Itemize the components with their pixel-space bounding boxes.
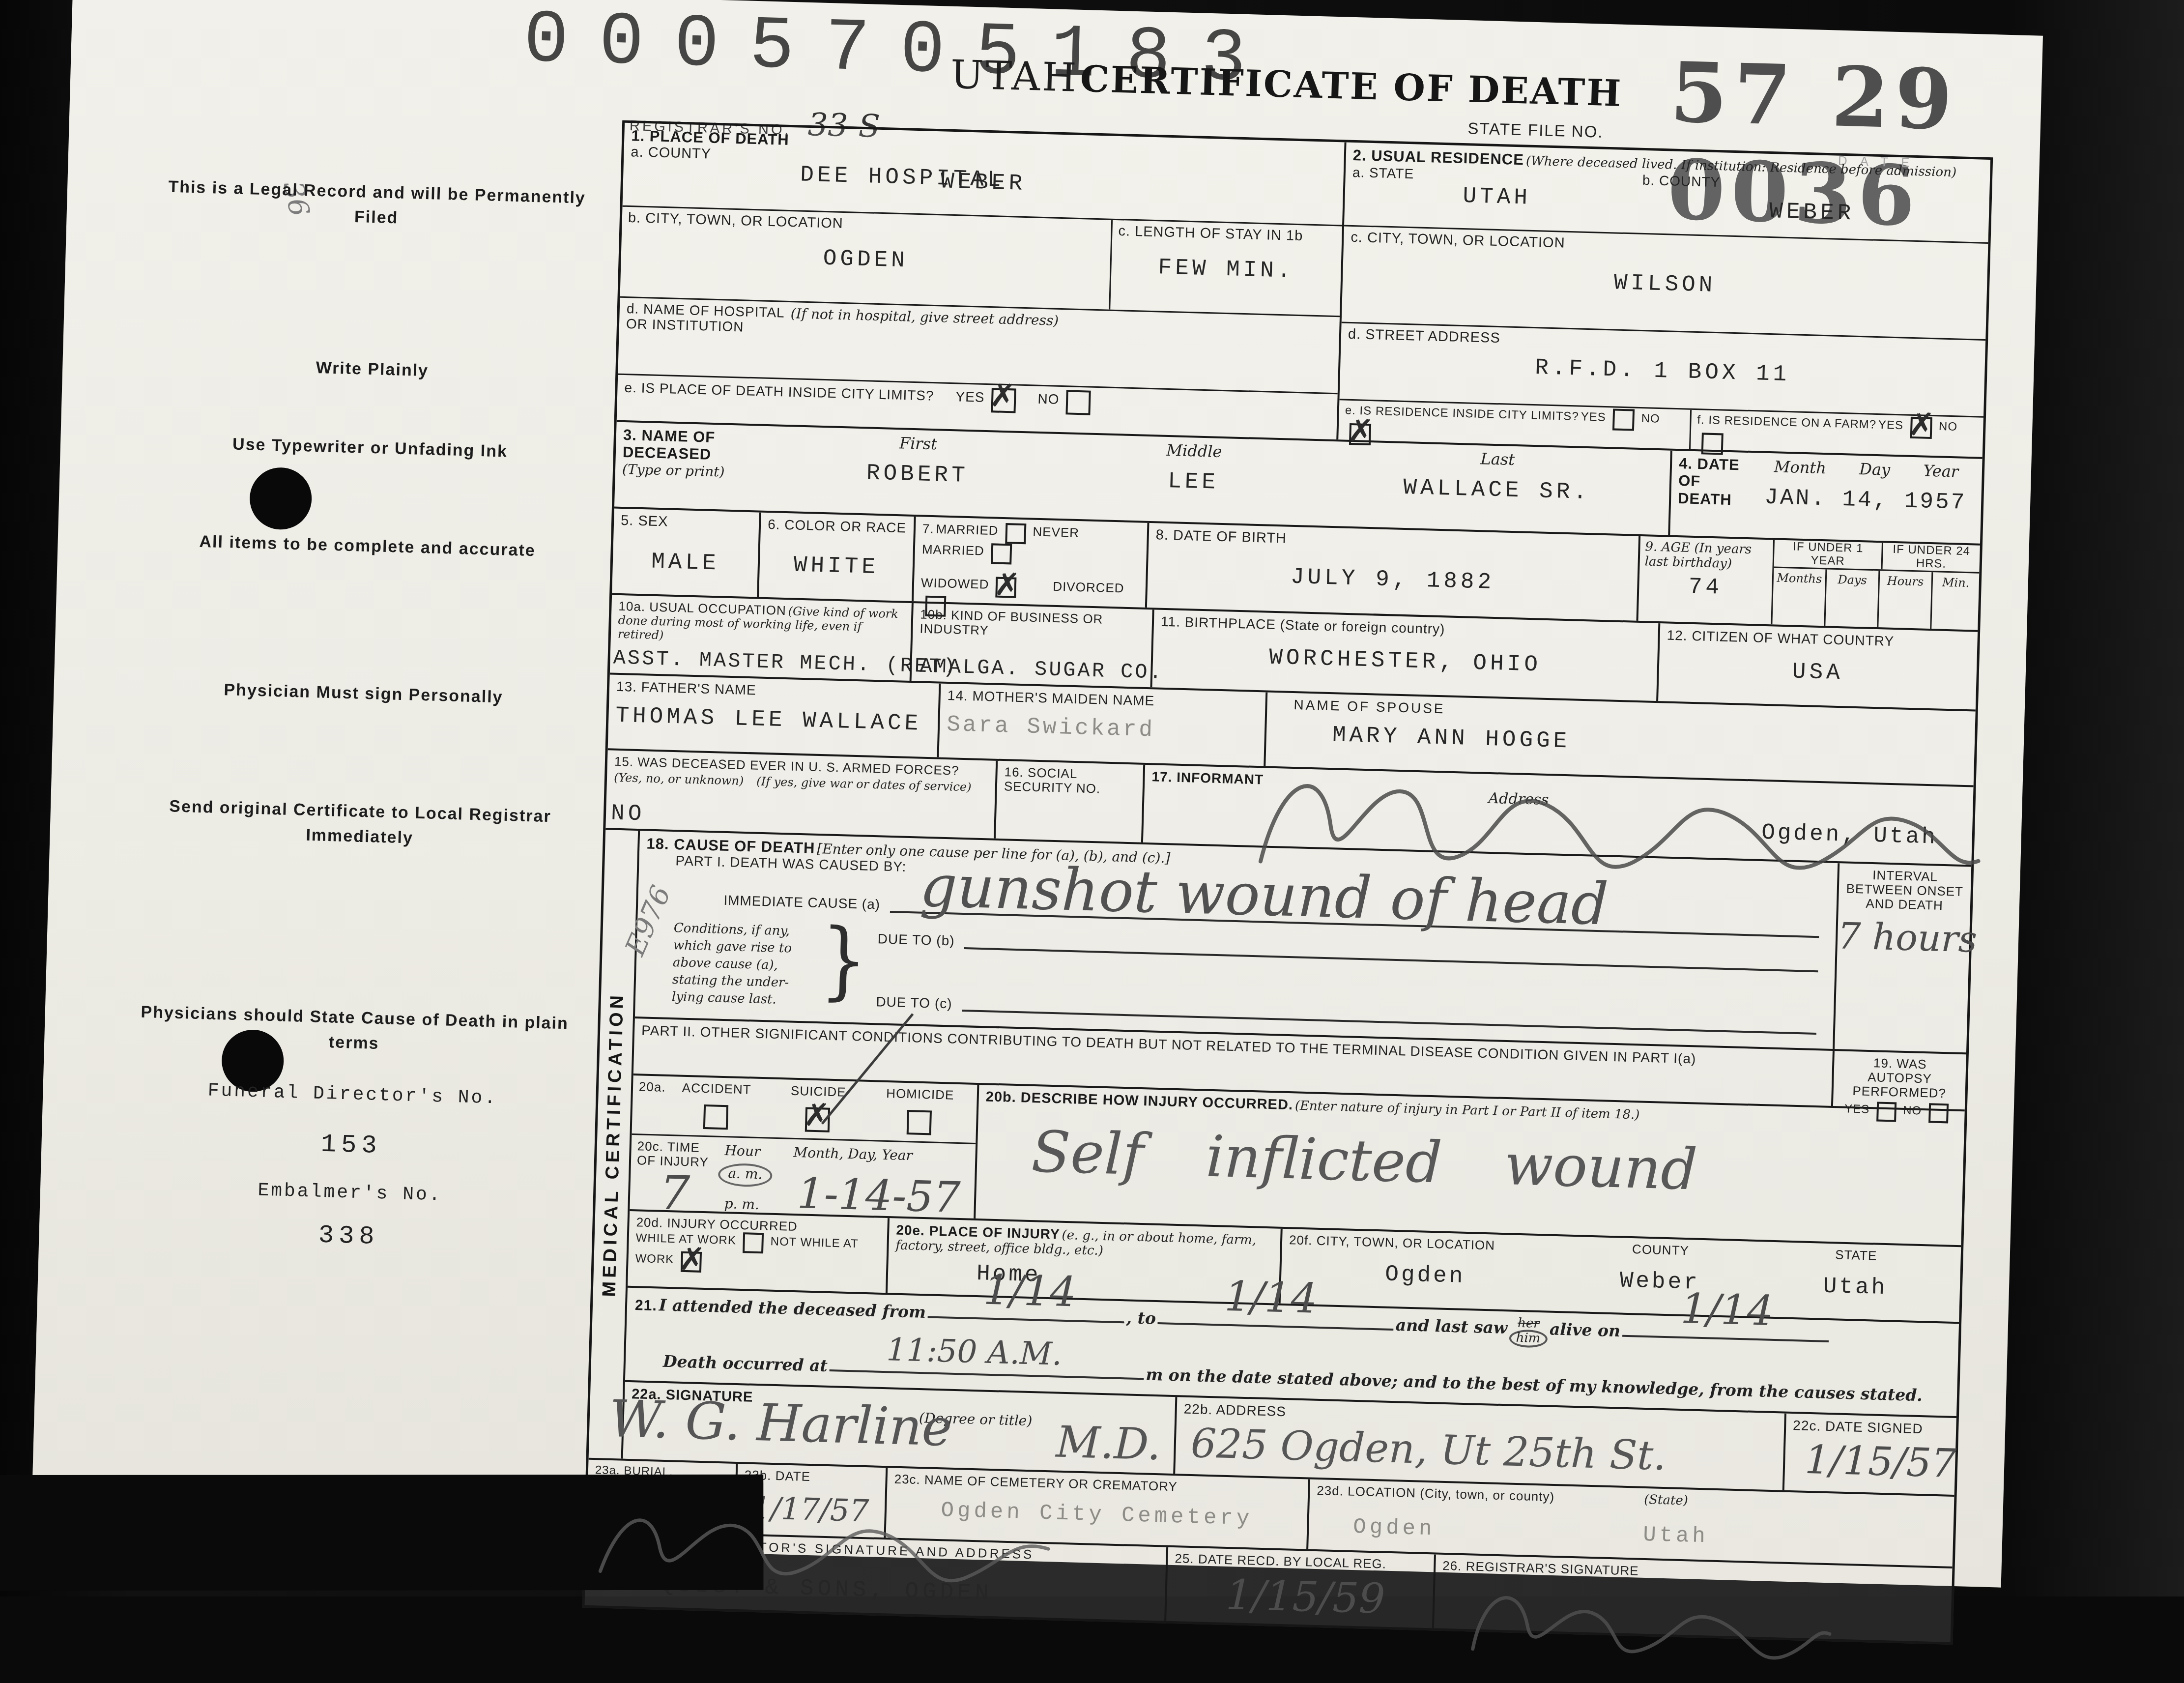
- am-label: a. m.: [728, 1165, 763, 1182]
- business-value: AMALGA. SUGAR CO.: [920, 654, 1164, 684]
- death-time-blank: 11:50 A.M.: [829, 1364, 1144, 1380]
- city-of-death-label: b. CITY, TOWN, OR LOCATION: [628, 210, 843, 232]
- divorced-label: DIVORCED: [1053, 579, 1124, 595]
- name-label-3: (Type or print): [622, 461, 725, 480]
- birthplace-value: WORCHESTER, OHIO: [1160, 642, 1651, 681]
- name-last-block: Last WALLACE SR.: [1330, 445, 1664, 531]
- medical-certification-label: MEDICAL CERTIFICATION: [599, 991, 628, 1297]
- due-to-b-line: [964, 932, 1818, 972]
- field-city-of-death: b. CITY, TOWN, OR LOCATION OGDEN: [620, 207, 1112, 310]
- registrar-signature: [1463, 1570, 1839, 1596]
- margin-note-typewriter: Use Typewriter or Unfading Ink: [142, 429, 599, 466]
- attended-to-blank: 1/14: [1158, 1317, 1394, 1331]
- state-file-no-label: STATE FILE NO.: [1467, 119, 1604, 141]
- manner-number: 20a.: [638, 1079, 666, 1130]
- hospital-note: (If not in hospital, give street address…: [790, 305, 1059, 329]
- last-name-label: Last: [1480, 449, 1515, 469]
- due-to-c-label: DUE TO (c): [876, 994, 952, 1012]
- date-of-birth-label: 8. DATE OF BIRTH: [1155, 527, 1287, 546]
- age-value: 74: [1644, 573, 1767, 602]
- widowed-label: WIDOWED: [921, 575, 989, 592]
- first-name-value: ROBERT: [866, 460, 969, 489]
- residence-farm-label: f. IS RESIDENCE ON A FARM?: [1697, 413, 1876, 432]
- residence-county-value: WEBER: [1641, 195, 1983, 230]
- residence-county-label: b. COUNTY: [1642, 173, 1720, 190]
- residence-farm-no-label: NO: [1939, 420, 1958, 434]
- attended-line: 21. I attended the deceased from 1/14 , …: [634, 1293, 1951, 1359]
- field-marital-status: 7. MARRIED NEVER MARRIED WIDOWED ✗ DIVOR…: [912, 517, 1147, 608]
- embalmers-no-value: 338: [120, 1216, 577, 1257]
- margin-note-plain-terms: Physicians should State Cause of Death i…: [125, 999, 583, 1062]
- father-name-value: THOMAS LEE WALLACE: [615, 703, 931, 737]
- field-manner-block: 20a. ACCIDENT SUICIDE ✗ HOM: [630, 1075, 977, 1219]
- funeral-directors-no-label: Funeral Director's No.: [124, 1078, 581, 1111]
- marital-number: 7.: [922, 521, 934, 536]
- field-occupation: 10a. USUAL OCCUPATION (Give kind of work…: [610, 595, 912, 680]
- mdy-label: Month, Day, Year: [793, 1144, 913, 1164]
- homicide-checkbox: [907, 1110, 932, 1135]
- usual-residence-label: 2. USUAL RESIDENCE: [1352, 146, 1524, 168]
- date-received-label: 25. DATE RECD. BY LOCAL REG.: [1175, 1551, 1386, 1571]
- physician-signature-value: W. G. Harline: [608, 1389, 953, 1458]
- am-circled: a. m.: [718, 1163, 773, 1188]
- min-label: Min.: [1931, 572, 1979, 630]
- citizen-value: USA: [1666, 656, 1970, 690]
- her-word: her: [1509, 1316, 1548, 1330]
- her-him-block: her him: [1509, 1316, 1548, 1348]
- date-received-value: 1/15/59: [1225, 1570, 1385, 1596]
- widowed-checkbox: ✗: [996, 577, 1017, 598]
- death-time-value: 11:50 A.M.: [886, 1332, 1063, 1373]
- cause-title: 18. CAUSE OF DEATH: [646, 835, 815, 857]
- cemetery-city-value: Ogden: [1353, 1515, 1436, 1542]
- not-while-at-work-checkbox: ✗: [681, 1251, 702, 1273]
- margin-note-write-plainly: Write Plainly: [144, 351, 601, 388]
- homicide-label: HOMICIDE: [886, 1086, 954, 1103]
- informant-label: 17. INFORMANT: [1151, 769, 1264, 787]
- injury-city-value: Ogden: [1288, 1259, 1562, 1292]
- injury-date-value: 1-14-57: [797, 1169, 961, 1222]
- medical-certification-content: E976 18. CAUSE OF DEATH [Enter only one …: [623, 831, 1972, 1495]
- not-while-at-work-mark: ✗: [678, 1244, 705, 1276]
- year-label: Year: [1923, 462, 1959, 481]
- hours-label: Hours: [1878, 571, 1933, 629]
- residence-limits-label: e. IS RESIDENCE INSIDE CITY LIMITS?: [1345, 404, 1579, 423]
- while-at-work-checkbox: [743, 1232, 764, 1253]
- residence-state-label: a. STATE: [1352, 165, 1414, 181]
- field-autopsy: 19. WAS AUTOPSY PERFORMED? YES NO: [1831, 1051, 1966, 1109]
- title-state: UTAH: [950, 52, 1079, 101]
- month-label: Month: [1774, 457, 1826, 477]
- armed-forces-note1: (Yes, no, or unknown): [614, 771, 744, 788]
- certificate-title: UTAH CERTIFICATE OF DEATH: [950, 52, 1623, 116]
- injury-state-label: STATE: [1758, 1246, 1954, 1265]
- name-label-2: DECEASED: [623, 443, 712, 463]
- field-length-of-stay: c. LENGTH OF STAY IN 1b FEW MIN.: [1109, 220, 1342, 316]
- conditions-note: Conditions, if any, which gave rise to a…: [672, 920, 822, 1010]
- time-of-injury-label: 20c. TIME OF INJURY: [637, 1139, 712, 1169]
- middle-name-value: LEE: [1168, 468, 1219, 495]
- subrow-city-stay: b. CITY, TOWN, OR LOCATION OGDEN c. LENG…: [620, 205, 1342, 316]
- death-limits-yes-label: YES: [955, 389, 985, 405]
- margin-note-legal-record: This is a Legal Record and will be Perma…: [147, 174, 605, 236]
- margin-note-complete: All items to be complete and accurate: [139, 527, 596, 565]
- date-of-death-label: 4. DATE OF DEATH: [1677, 455, 1757, 533]
- ssn-label: 16. SOCIAL SECURITY NO.: [1004, 764, 1101, 796]
- date-of-death-value-block: Month Day Year JAN. 14, 1957: [1755, 457, 1975, 539]
- certificate-form: 1. PLACE OF DEATH a. COUNTY WEBER b. CIT…: [582, 120, 1993, 1596]
- residence-state-value: UTAH: [1351, 180, 1642, 214]
- suicide-block: SUICIDE ✗: [766, 1083, 869, 1136]
- field-residence-city: c. CITY, TOWN, OR LOCATION WILSON: [1342, 225, 1988, 339]
- describe-injury-value: Self inflicted wound: [1031, 1119, 1698, 1203]
- middle-name-label: Middle: [1166, 441, 1222, 461]
- death-city-limits-label: e. IS PLACE OF DEATH INSIDE CITY LIMITS?: [624, 380, 934, 404]
- county-label: a. COUNTY: [631, 145, 711, 162]
- margin-note-send-original: Send original Certificate to Local Regis…: [131, 793, 589, 855]
- field-business: 10b. KIND OF BUSINESS OR INDUSTRY AMALGA…: [910, 603, 1152, 687]
- field-residence-state: a. STATE UTAH: [1351, 165, 1643, 220]
- field-date-of-death: 4. DATE OF DEATH Month Day Year JAN. 14,…: [1668, 451, 1982, 544]
- field-residence-farm: f. IS RESIDENCE ON A FARM? YES ✗ NO: [1689, 410, 1983, 457]
- date-of-birth-value: JULY 9, 1882: [1154, 561, 1631, 599]
- sex-label: 5. SEX: [621, 513, 668, 530]
- title-main: CERTIFICATE OF DEATH: [1080, 58, 1623, 115]
- sex-value: MALE: [619, 548, 751, 577]
- field-residence-county: b. COUNTY WEBER: [1641, 173, 1983, 230]
- death-limits-no-label: NO: [1037, 391, 1060, 406]
- mother-name-value: Sara Swickard: [947, 712, 1258, 746]
- due-to-c-line: [962, 995, 1817, 1035]
- attended-number: 21.: [635, 1297, 658, 1314]
- street-address-value: R.F.D. 1 BOX 11: [1347, 350, 1978, 393]
- due-to-b-label: DUE TO (b): [877, 931, 955, 949]
- field-ssn: 16. SOCIAL SECURITY NO.: [994, 761, 1143, 842]
- alive-on-value: 1/14: [1680, 1284, 1774, 1335]
- business-label: 10b. KIND OF BUSINESS OR INDUSTRY: [920, 607, 1103, 638]
- field-date-received: 25. DATE RECD. BY LOCAL REG. 1/15/59: [1164, 1547, 1434, 1596]
- embalmers-no-label: Embalmer's No.: [121, 1176, 579, 1210]
- birthplace-label: 11. BIRTHPLACE (State or foreign country…: [1161, 614, 1445, 637]
- field-time-of-injury: 20c. TIME OF INJURY Hour a. m. p. m. Mon…: [630, 1133, 976, 1219]
- field-mother-name: 14. MOTHER'S MAIDEN NAME Sara Swickard: [937, 684, 1265, 766]
- him-circled: him: [1509, 1329, 1548, 1348]
- field-color-race: 6. COLOR OR RACE WHITE: [757, 513, 914, 601]
- spouse-label: NAME OF SPOUSE: [1293, 697, 1445, 716]
- attended-to-value: 1/14: [1224, 1272, 1318, 1322]
- injury-occurred-label: 20d. INJURY OCCURRED: [636, 1215, 798, 1234]
- name-label-1: 3. NAME OF: [623, 426, 715, 446]
- attended-text1: I attended the deceased from: [659, 1295, 926, 1322]
- age-label: 9. AGE (In years last birthday): [1644, 539, 1752, 571]
- accident-block: ACCIDENT: [664, 1080, 768, 1133]
- death-limits-yes-checkbox: ✗: [991, 388, 1016, 413]
- alive-on-blank: 1/14: [1622, 1330, 1829, 1342]
- field-date-of-birth: 8. DATE OF BIRTH JULY 9, 1882: [1145, 523, 1638, 621]
- day-label: Day: [1859, 460, 1891, 479]
- death-occurred-text: Death occurred at: [662, 1352, 828, 1375]
- name-label-block: 3. NAME OF DECEASED (Type or print): [621, 426, 780, 507]
- residence-farm-yes-mark: ✗: [1908, 409, 1935, 441]
- medical-certification-block: MEDICAL CERTIFICATION E976 18. CAUSE OF …: [589, 828, 1972, 1495]
- describe-injury-note: (Enter nature of injury in Part I or Par…: [1294, 1098, 1639, 1122]
- certificate-paper: 0005705183 REGISTRAR'S NO. 33-S UTAH CER…: [31, 0, 2043, 1588]
- hole-punch-top: [249, 466, 313, 530]
- field-physician-signature: 22a. SIGNATURE (Degree or title) W. G. H…: [623, 1382, 1176, 1474]
- cemetery-location-label: 23d. LOCATION (City, town, or county): [1317, 1483, 1555, 1504]
- scanner-background: 0005705183 REGISTRAR'S NO. 33-S UTAH CER…: [0, 0, 2184, 1596]
- date-of-death-value: JAN. 14, 1957: [1756, 484, 1975, 516]
- first-name-label: First: [899, 434, 937, 453]
- field-armed-forces: 15. WAS DECEASED EVER IN U. S. ARMED FOR…: [605, 750, 996, 838]
- injury-county-label: COUNTY: [1563, 1240, 1759, 1260]
- attended-from-value: 1/14: [983, 1265, 1077, 1316]
- residence-limits-yes-label: YES: [1581, 410, 1606, 424]
- married-checkbox: [1005, 523, 1026, 544]
- field-informant: 17. INFORMANT Address Ogden, Utah: [1141, 765, 1974, 865]
- length-of-stay-label: c. LENGTH OF STAY IN 1b: [1118, 223, 1303, 244]
- suicide-mark: ✗: [803, 1100, 830, 1132]
- under-1-year-label: IF UNDER 1 YEAR: [1774, 540, 1884, 569]
- length-of-stay-value: FEW MIN.: [1117, 254, 1335, 286]
- widowed-mark: ✗: [994, 569, 1021, 601]
- never-married-checkbox: [991, 543, 1012, 564]
- residence-limits-no-label: NO: [1641, 412, 1660, 426]
- him-word: him: [1516, 1331, 1541, 1346]
- informant-signature: [1245, 743, 1996, 926]
- death-limits-no-checkbox: [1066, 390, 1091, 415]
- injury-state-value: Utah: [1757, 1272, 1953, 1303]
- residence-farm-yes-label: YES: [1878, 418, 1904, 432]
- field-birthplace: 11. BIRTHPLACE (State or foreign country…: [1150, 609, 1658, 701]
- physician-address-label: 22b. ADDRESS: [1183, 1401, 1286, 1420]
- margin-note-physician-sign: Physician Must sign Personally: [135, 675, 592, 712]
- death-limits-yes-mark: ✗: [989, 380, 1016, 412]
- field-age-block: 9. AGE (In years last birthday) 74 IF UN…: [1636, 536, 1980, 630]
- field-place-of-injury: 20e. PLACE OF INJURY (e. g., in or about…: [886, 1218, 1281, 1304]
- under-24-hrs-label: IF UNDER 24 HRS.: [1883, 543, 1980, 572]
- residence-limits-yes-checkbox: [1612, 408, 1635, 431]
- color-race-label: 6. COLOR OR RACE: [768, 517, 907, 536]
- row-place-residence: 1. PLACE OF DEATH a. COUNTY WEBER b. CIT…: [617, 123, 1990, 457]
- accident-label: ACCIDENT: [682, 1080, 751, 1097]
- last-name-value: WALLACE SR.: [1403, 475, 1591, 505]
- mother-name-label: 14. MOTHER'S MAIDEN NAME: [947, 688, 1154, 708]
- homicide-block: HOMICIDE: [868, 1086, 971, 1139]
- armed-forces-value: NO: [610, 801, 645, 827]
- date-signed-label: 22c. DATE SIGNED: [1793, 1418, 1923, 1436]
- married-label: MARRIED: [936, 522, 999, 538]
- attended-text4: alive on: [1549, 1319, 1620, 1340]
- residence-city-value: WILSON: [1350, 263, 1981, 306]
- attended-text3: and last saw: [1395, 1315, 1508, 1337]
- days-label: Days: [1825, 569, 1880, 627]
- name-first-block: First ROBERT: [778, 431, 1057, 515]
- field-under-1-year: IF UNDER 1 YEAR IF UNDER 24 HRS. Months …: [1771, 540, 1980, 630]
- citizen-label: 12. CITIZEN OF WHAT COUNTRY: [1667, 628, 1894, 649]
- date-signed-value: 1/15/57: [1804, 1437, 1957, 1486]
- field-injury-occurred: 20d. INJURY OCCURRED WHILE AT WORK NOT W…: [628, 1211, 888, 1293]
- field-date-signed: 22c. DATE SIGNED 1/15/57: [1782, 1414, 1956, 1495]
- conditions-brace: }: [819, 917, 868, 1017]
- field-manner-of-death: 20a. ACCIDENT SUICIDE ✗ HOM: [632, 1075, 977, 1143]
- cemetery-state-label: (State): [1644, 1492, 1689, 1508]
- months-label: Months: [1772, 568, 1827, 626]
- field-age: 9. AGE (In years last birthday) 74: [1638, 536, 1773, 624]
- hour-label: Hour: [724, 1142, 761, 1160]
- residence-farm-yes-checkbox: ✗: [1910, 417, 1932, 439]
- field-father-name: 13. FATHER'S NAME THOMAS LEE WALLACE: [608, 674, 939, 757]
- attended-from-blank: 1/14: [928, 1311, 1124, 1323]
- immediate-cause-label: IMMEDIATE CAUSE (a): [723, 893, 880, 912]
- funeral-director-signature: [590, 1473, 1075, 1596]
- field-citizen: 12. CITIZEN OF WHAT COUNTRY USA: [1656, 623, 1978, 710]
- father-name-label: 13. FATHER'S NAME: [616, 679, 757, 698]
- funeral-directors-no-value: 153: [122, 1125, 580, 1166]
- street-address-label: d. STREET ADDRESS: [1348, 326, 1501, 346]
- field-usual-residence: 2. USUAL RESIDENCE (Where deceased lived…: [1336, 142, 1990, 457]
- physician-degree-value: M.D.: [1055, 1417, 1161, 1470]
- cemetery-state-value: Utah: [1643, 1523, 1709, 1549]
- residence-city-label: c. CITY, TOWN, OR LOCATION: [1351, 230, 1565, 251]
- field-place-of-death: 1. PLACE OF DEATH a. COUNTY WEBER b. CIT…: [617, 123, 1345, 439]
- name-middle-block: Middle LEE: [1054, 438, 1332, 522]
- autopsy-label: 19. WAS AUTOPSY PERFORMED?: [1840, 1055, 1959, 1101]
- describe-injury-label: 20b. DESCRIBE HOW INJURY OCCURRED.: [985, 1089, 1293, 1113]
- pm-label: p. m.: [724, 1195, 759, 1213]
- field-describe-injury: 20b. DESCRIBE HOW INJURY OCCURRED. (Ente…: [974, 1085, 1965, 1245]
- physician-address-value: 625 Ogden, Ut 25th St.: [1190, 1420, 1667, 1480]
- city-of-death-value: OGDEN: [627, 241, 1104, 279]
- attended-text2: , to: [1126, 1308, 1156, 1328]
- field-sex: 5. SEX MALE: [612, 509, 759, 597]
- color-race-value: WHITE: [766, 551, 906, 581]
- accident-checkbox: [703, 1104, 728, 1130]
- hospital-label: d. NAME OF HOSPITAL OR INSTITUTION: [626, 301, 789, 336]
- injury-city-label: 20f. CITY, TOWN, OR LOCATION: [1289, 1233, 1563, 1254]
